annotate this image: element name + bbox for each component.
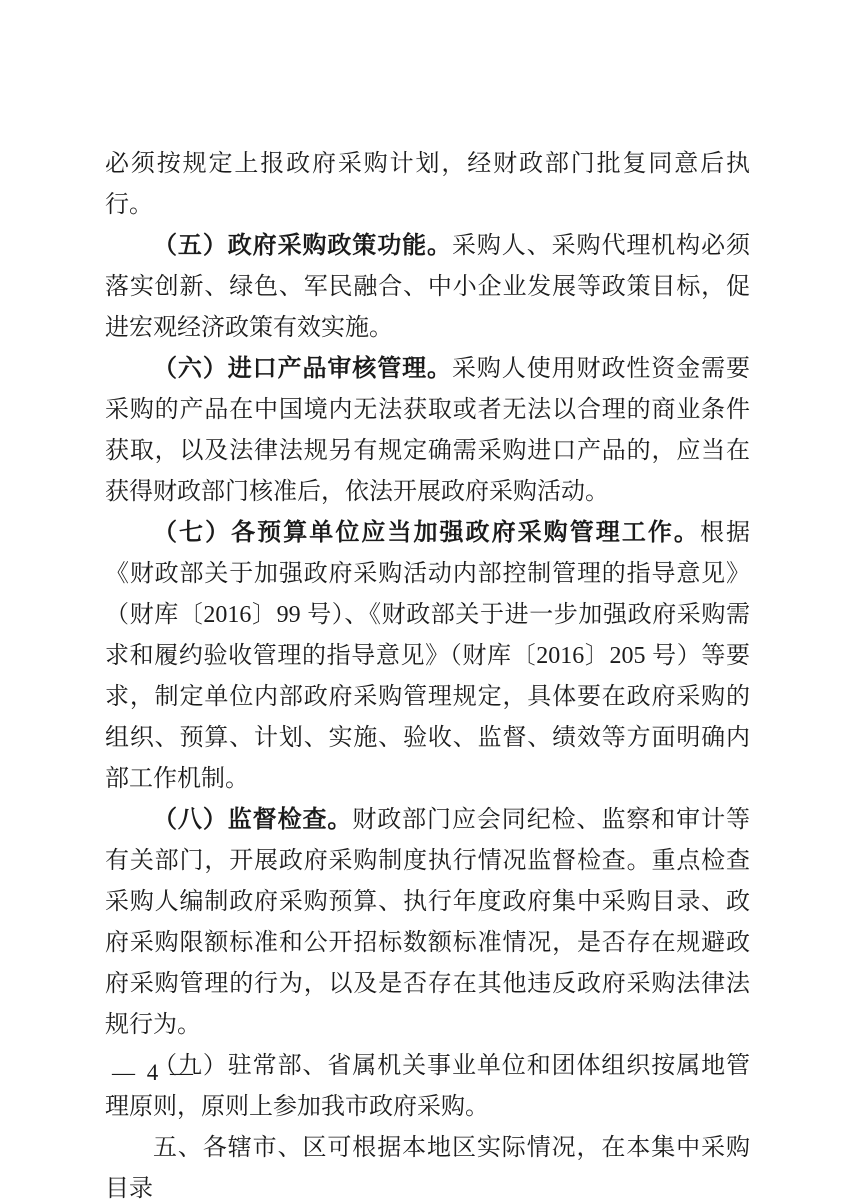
paragraph: （六）进口产品审核管理。采购人使用财政性资金需要采购的产品在中国境内无法获取或者… [105, 349, 750, 513]
paragraph-lead: （五）政府采购政策功能。 [153, 233, 452, 259]
paragraph-lead: （七）各预算单位应当加强政府采购管理工作。 [153, 520, 700, 546]
paragraph-text: 财政部门应会同纪检、监察和审计等有关部门，开展政府采购制度执行情况监督检查。重点… [105, 807, 750, 1038]
document-body: 必须按规定上报政府采购计划，经财政部门批复同意后执行。（五）政府采购政策功能。采… [105, 144, 750, 1202]
paragraph-text: 根据《财政部关于加强政府采购活动内部控制管理的指导意见》（财库〔2016〕99 … [105, 520, 750, 792]
page-number: — 4 — [112, 1060, 196, 1086]
paragraph-text: 必须按规定上报政府采购计划，经财政部门批复同意后执行。 [105, 151, 750, 218]
paragraph-text: （九）驻常部、省属机关事业单位和团体组织按属地管理原则，原则上参加我市政府采购。 [105, 1053, 750, 1120]
paragraph: 必须按规定上报政府采购计划，经财政部门批复同意后执行。 [105, 144, 750, 226]
paragraph: （七）各预算单位应当加强政府采购管理工作。根据《财政部关于加强政府采购活动内部控… [105, 513, 750, 800]
paragraph: （五）政府采购政策功能。采购人、采购代理机构必须落实创新、绿色、军民融合、中小企… [105, 226, 750, 349]
paragraph-lead: （六）进口产品审核管理。 [153, 356, 452, 382]
paragraph-text: 五、各辖市、区可根据本地区实际情况，在本集中采购目录 [105, 1135, 750, 1202]
document-page: 必须按规定上报政府采购计划，经财政部门批复同意后执行。（五）政府采购政策功能。采… [0, 0, 850, 1202]
paragraph-lead: （八）监督检查。 [153, 807, 352, 833]
paragraph: （九）驻常部、省属机关事业单位和团体组织按属地管理原则，原则上参加我市政府采购。 [105, 1046, 750, 1128]
paragraph: 五、各辖市、区可根据本地区实际情况，在本集中采购目录 [105, 1128, 750, 1202]
paragraph: （八）监督检查。财政部门应会同纪检、监察和审计等有关部门，开展政府采购制度执行情… [105, 800, 750, 1046]
